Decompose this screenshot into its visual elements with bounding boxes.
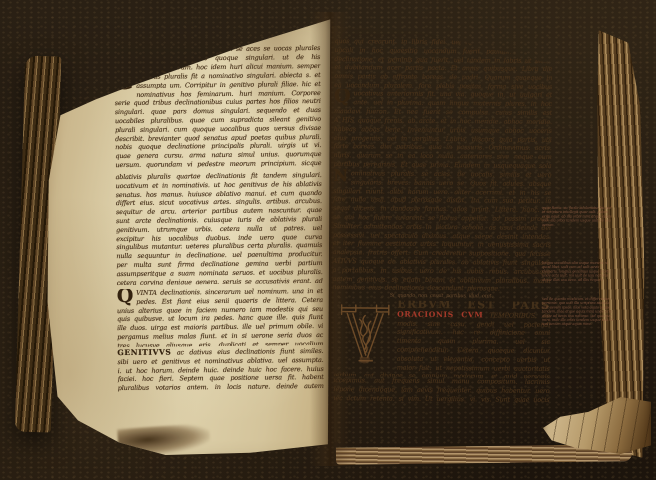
- paragraph-vocativus: Q uocativus anteriormis fit. una via. qu…: [334, 89, 552, 118]
- paragraph-genitivus-pluralis: G enitivus pluralis fit a nominativo sin…: [114, 71, 321, 169]
- paragraph-continuation: quos qui crearunt. in libris fidei. uel …: [334, 37, 552, 91]
- decorated-initial-v: [338, 302, 393, 368]
- marginal-note-1: quae Roma. sic facile adclamatur hic uel…: [542, 206, 614, 242]
- photo-of-open-manuscript: 13 abl'ue nomi annuatim se aces se uocas…: [0, 0, 656, 480]
- paragraph-verbum-tail: accepimus. aut frequens simul manu compo…: [331, 376, 549, 405]
- initial-n: N: [333, 169, 348, 182]
- right-page: 63 64 quos qui crearunt. in libris fidei…: [328, 16, 618, 466]
- paragraph-nominativus-pluralis: N ominativus pluralis. se acies. de uoca…: [333, 169, 552, 259]
- left-page: 13 abl'ue nomi annuatim se aces se uocas…: [40, 14, 332, 464]
- initial-g: G: [114, 74, 133, 91]
- marginal-note-2: longas uocalibus alia usque monent. si q…: [542, 261, 614, 291]
- paragraph-verbum-rubric: ERBVM EST PARS ORACIONIS CVM TEMPORIBUS.…: [332, 300, 551, 378]
- initial-q: Q: [334, 89, 350, 104]
- initial-q: Q: [117, 289, 134, 304]
- paragraph-dativus: ATIVVS quoque de ablativis plurales. ab …: [332, 257, 550, 294]
- paragraph-genitivus-dativus: GENITIVVS ac dativus eius declinationis …: [117, 347, 323, 393]
- right-text-column: quos qui crearunt. in libris fidei. uel …: [331, 37, 552, 405]
- paragraph-quarta-declinatio: ablativis pluralis quartae declinationis…: [116, 171, 323, 285]
- paragraph-a-his: A HIS quoque frenis. ab arcte. et in hoc…: [333, 116, 551, 171]
- left-text-column: abl'ue nomi annuatim se aces se uocas pl…: [114, 44, 324, 393]
- pencil-folio-number: 13: [94, 30, 104, 39]
- folio-number-old: 63: [550, 24, 560, 33]
- intro-paragraph: tribus declinatione similes quoque singu…: [114, 53, 320, 73]
- parchment-damage-left-corner: [117, 423, 211, 457]
- rustic-capitals-word: GENITIVVS: [117, 348, 171, 358]
- rubric-red-text: ORACIONIS CVM: [397, 309, 483, 319]
- folio-number-red: 64: [564, 32, 578, 45]
- intro-fragment-left: abl'ue nomi: [114, 46, 152, 55]
- paragraph-quinta-declinatio: Q VINTA declinationis. sincerarum uel no…: [117, 287, 324, 347]
- marginal-note-3: sed de quanto modicum. et differentiam p…: [542, 297, 614, 351]
